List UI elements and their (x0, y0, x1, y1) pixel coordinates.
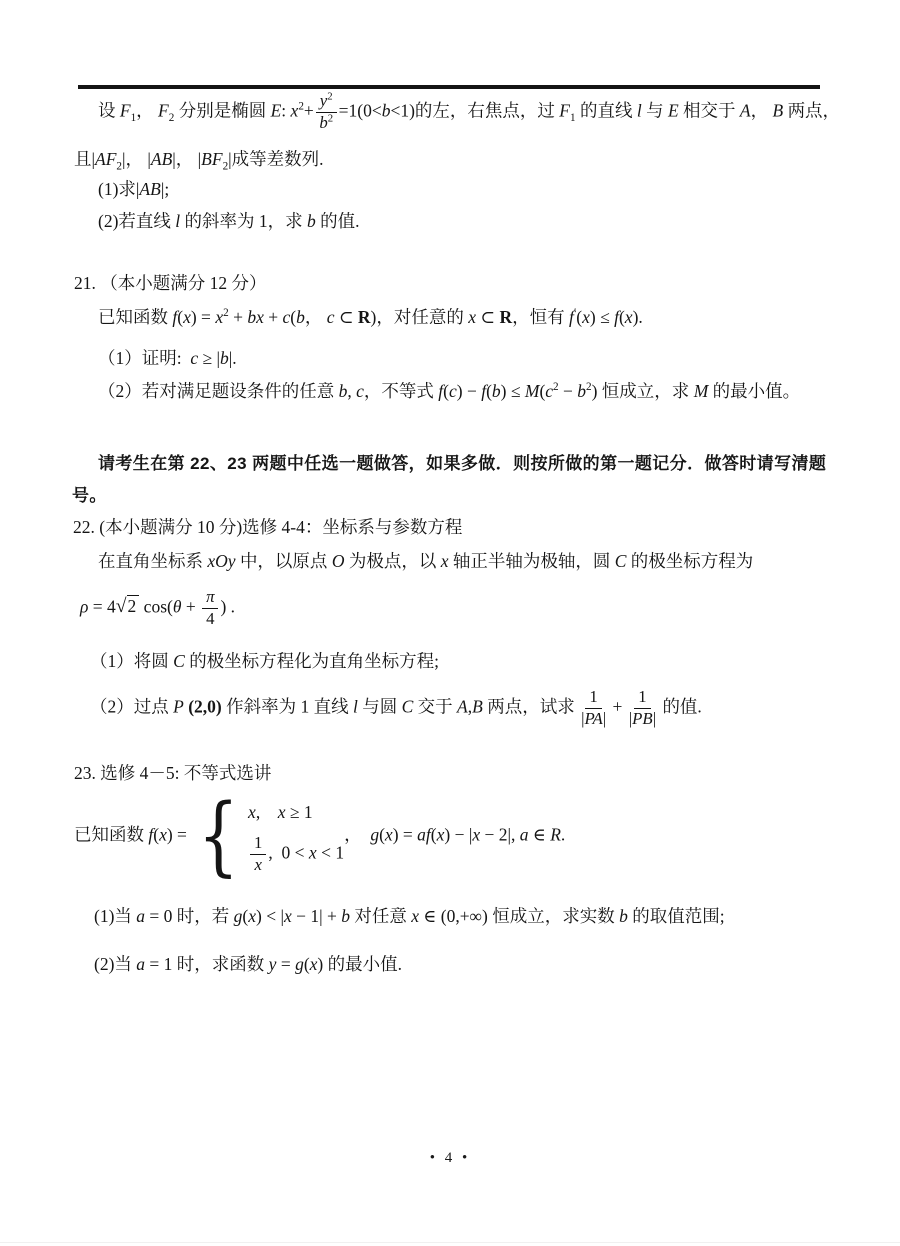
q22-part2-line: （2）过点 P (2,0) 作斜率为 1 直线 l 与圆 C 交于 A,B 两点… (90, 688, 702, 729)
q23-piecewise-definition: 已知函数 f(x) = {x, x ≥ 11x, 0 < x < 1， g(x)… (74, 798, 565, 875)
q22-intro-line: 在直角坐标系 xOy 中，以原点 O 为极点，以 x 轴正半轴为极轴，圆 C 的… (98, 548, 753, 574)
q22-part1-line: （1）将圆 C 的极坐标方程化为直角坐标方程; (90, 648, 439, 674)
q22-polar-equation: ρ = 4√2 cos(θ + π4) . (80, 588, 235, 629)
q21-part2-line: （2）若对满足题设条件的任意 b, c，不等式 f(c) − f(b) ≤ M(… (98, 378, 800, 404)
q21-part1-line: （1）证明: c ≥ |b|. (98, 345, 237, 371)
q20-intro-line: 设 F1， F2 分别是椭圆 E: x2+y2b2=1(0<b<1)的左，右焦点… (98, 92, 840, 133)
q20-part1-line: (1)求|AB|; (98, 176, 169, 202)
q23-part1-line: (1)当 a = 0 时，若 g(x) < |x − 1| + b 对任意 x … (94, 903, 725, 929)
top-horizontal-rule (78, 85, 820, 89)
q20-arith-sequence-line: 且|AF2|， |AB|， |BF2|成等差数列. (74, 146, 324, 172)
exam-page: 设 F1， F2 分别是椭圆 E: x2+y2b2=1(0<b<1)的左，右焦点… (0, 0, 900, 1246)
q22-heading: 22. (本小题满分 10 分)选修 4-4：坐标系与参数方程 (73, 514, 462, 540)
page-number: • 4 • (0, 1150, 900, 1167)
choice-notice-line2: 号。 (72, 483, 107, 509)
q21-heading: 21. （本小题满分 12 分） (74, 270, 267, 296)
choice-notice-line1: 请考生在第 22、23 两题中任选一题做答，如果多做．则按所做的第一题记分．做答… (98, 451, 826, 477)
page-bottom-edge (0, 1242, 900, 1243)
q23-part2-line: (2)当 a = 1 时，求函数 y = g(x) 的最小值. (94, 951, 402, 977)
q23-heading: 23. 选修 4－5: 不等式选讲 (74, 760, 271, 786)
q21-given-line: 已知函数 f(x) = x2 + bx + c(b， c ⊂ R)，对任意的 x… (98, 304, 643, 330)
q20-part2-line: (2)若直线 l 的斜率为 1，求 b 的值. (98, 208, 360, 234)
